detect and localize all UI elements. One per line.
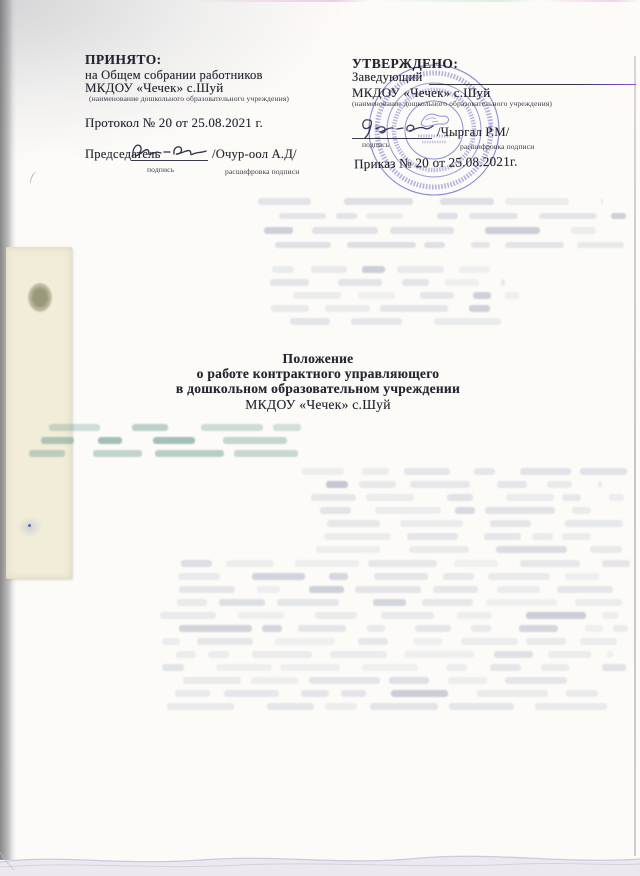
ghost-text-fragment bbox=[330, 651, 387, 658]
ghost-text-fragment bbox=[488, 573, 549, 580]
ghost-text-fragment bbox=[611, 213, 626, 220]
ghost-text-fragment bbox=[440, 198, 494, 205]
ghost-text-fragment bbox=[609, 494, 624, 501]
ghost-text-fragment bbox=[420, 292, 453, 299]
ghost-text-fragment bbox=[234, 450, 298, 457]
ghost-text-fragment bbox=[437, 213, 458, 220]
chairman-name: /Очур-оол А.Д/ bbox=[212, 147, 297, 162]
ghost-text-fragment bbox=[535, 703, 607, 710]
ghost-text-fragment bbox=[519, 625, 558, 632]
ghost-text-fragment bbox=[329, 573, 349, 580]
ghost-text-fragment bbox=[505, 292, 519, 299]
ghost-text-fragment bbox=[471, 242, 490, 249]
ghost-text-fragment bbox=[155, 450, 224, 457]
ghost-text-fragment bbox=[422, 599, 473, 606]
ghost-text-fragment bbox=[566, 690, 598, 697]
ghost-text-fragment bbox=[257, 586, 280, 593]
ghost-text-fragment bbox=[455, 507, 475, 514]
ghost-text-fragment bbox=[548, 651, 591, 658]
ghost-text-fragment bbox=[397, 266, 444, 273]
ghost-text-fragment bbox=[167, 703, 234, 710]
ghost-text-fragment bbox=[424, 242, 445, 249]
ghost-text-fragment bbox=[183, 677, 242, 684]
protocol-line: Протокол № 20 от 25.08.2021 г. bbox=[85, 115, 263, 131]
ghost-text-fragment bbox=[562, 494, 581, 501]
ghost-text-fragment bbox=[311, 494, 357, 501]
ghost-text-fragment bbox=[601, 198, 603, 205]
ghost-text-fragment bbox=[273, 424, 301, 431]
ghost-text-fragment bbox=[162, 638, 180, 645]
document-title: Положение о работе контрактного управляю… bbox=[0, 351, 636, 412]
ghost-text-fragment bbox=[373, 599, 405, 606]
ghost-text-fragment bbox=[275, 242, 331, 249]
ghost-text-fragment bbox=[280, 664, 340, 671]
ghost-text-fragment bbox=[316, 546, 379, 553]
ghost-text-fragment bbox=[413, 638, 443, 645]
ghost-text-fragment bbox=[562, 533, 591, 540]
ghost-text-fragment bbox=[338, 279, 382, 286]
stray-pen-mark bbox=[29, 171, 42, 186]
ghost-text-fragment bbox=[526, 612, 586, 619]
ghost-text-fragment bbox=[409, 546, 469, 553]
ghost-text-fragment bbox=[264, 227, 293, 234]
ghost-text-fragment bbox=[547, 481, 572, 488]
page-bottom-edge bbox=[0, 846, 640, 876]
ghost-text-fragment bbox=[238, 612, 284, 619]
ghost-text-fragment bbox=[565, 520, 623, 527]
ghost-text-fragment bbox=[251, 677, 298, 684]
ghost-text-fragment bbox=[271, 305, 310, 312]
title-line2: о работе контрактного управляющего bbox=[0, 366, 636, 381]
ghost-text-fragment bbox=[347, 242, 416, 249]
ghost-text-fragment bbox=[449, 703, 514, 710]
ghost-text-fragment bbox=[325, 305, 370, 312]
round-seal-stamp bbox=[366, 62, 502, 198]
ghost-text-fragment bbox=[459, 266, 490, 273]
ghost-text-fragment bbox=[223, 437, 287, 444]
ghost-text-fragment bbox=[93, 450, 142, 457]
ink-dot bbox=[28, 524, 31, 527]
ghost-text-fragment bbox=[434, 318, 501, 325]
ghost-text-fragment bbox=[327, 520, 380, 527]
ghost-text-fragment bbox=[153, 437, 195, 444]
name-caption: расшифровка подписи bbox=[225, 167, 299, 176]
ghost-text-fragment bbox=[410, 481, 470, 488]
ghost-text-fragment bbox=[252, 651, 312, 658]
ghost-text-fragment bbox=[446, 664, 467, 671]
ghost-text-fragment bbox=[326, 481, 349, 488]
ghost-text-fragment bbox=[400, 520, 463, 527]
ghost-text-fragment bbox=[176, 651, 196, 658]
ghost-text-fragment bbox=[520, 468, 571, 475]
ghost-text-fragment bbox=[358, 292, 395, 299]
hole-punch-mark bbox=[28, 283, 52, 312]
ghost-text-fragment bbox=[469, 305, 490, 312]
ghost-text-fragment bbox=[175, 690, 210, 697]
ghost-text-fragment bbox=[98, 437, 122, 444]
ghost-text-fragment bbox=[132, 424, 168, 431]
ghost-text-fragment bbox=[471, 625, 491, 632]
ghost-text-fragment bbox=[311, 266, 347, 273]
ghost-text-fragment bbox=[358, 638, 388, 645]
ghost-text-fragment bbox=[272, 266, 295, 273]
ghost-text-fragment bbox=[607, 651, 613, 658]
ghost-text-fragment bbox=[433, 586, 477, 593]
ghost-text-fragment bbox=[374, 573, 428, 580]
ghost-text-fragment bbox=[590, 546, 622, 553]
ghost-text-fragment bbox=[598, 481, 601, 488]
ghost-text-fragment bbox=[389, 677, 429, 684]
ghost-text-fragment bbox=[485, 227, 539, 234]
ink-smudge bbox=[18, 517, 42, 537]
ghost-text-fragment bbox=[501, 279, 505, 286]
ghost-text-fragment bbox=[362, 266, 385, 273]
ghost-text-fragment bbox=[613, 625, 628, 632]
ghost-text-fragment bbox=[572, 507, 590, 514]
ghost-text-fragment bbox=[252, 573, 304, 580]
ghost-text-fragment bbox=[496, 546, 567, 553]
ghost-text-fragment bbox=[477, 690, 547, 697]
ghost-text-fragment bbox=[309, 677, 379, 684]
ghost-text-fragment bbox=[351, 318, 402, 325]
ghost-text-fragment bbox=[585, 625, 603, 632]
ghost-text-fragment bbox=[270, 279, 309, 286]
ghost-text-fragment bbox=[355, 586, 421, 593]
ghost-text-fragment bbox=[359, 481, 396, 488]
ghost-text-fragment bbox=[557, 586, 613, 593]
ghost-text-fragment bbox=[565, 573, 600, 580]
ghost-text-fragment bbox=[197, 638, 252, 645]
ghost-text-fragment bbox=[571, 227, 597, 234]
ghost-text-fragment bbox=[301, 690, 329, 697]
ghost-text-fragment bbox=[178, 573, 220, 580]
ghost-text-fragment bbox=[469, 213, 518, 220]
ghost-text-fragment bbox=[461, 638, 518, 645]
ghost-text-fragment bbox=[277, 599, 339, 606]
ghost-text-fragment bbox=[520, 560, 579, 567]
accepted-heading: ПРИНЯТО: bbox=[85, 52, 162, 68]
ghost-text-fragment bbox=[262, 625, 282, 632]
ghost-text-fragment bbox=[494, 651, 533, 658]
ghost-text-fragment bbox=[341, 690, 366, 697]
ghost-text-fragment bbox=[575, 599, 623, 606]
ghost-text-fragment bbox=[505, 677, 567, 684]
ghost-text-fragment bbox=[375, 507, 441, 514]
ghost-text-fragment bbox=[258, 198, 311, 205]
ghost-text-fragment bbox=[474, 468, 495, 475]
ghost-text-fragment bbox=[391, 690, 448, 697]
ghost-text-fragment bbox=[49, 424, 100, 431]
ghost-text-fragment bbox=[457, 612, 492, 619]
ghost-text-fragment bbox=[541, 664, 570, 671]
ghost-text-fragment bbox=[312, 227, 378, 234]
page-edge-line bbox=[634, 56, 636, 856]
ghost-text-fragment bbox=[447, 494, 473, 501]
ghost-text-fragment bbox=[404, 651, 474, 658]
ghost-text-fragment bbox=[580, 638, 617, 645]
ghost-text-fragment bbox=[506, 494, 554, 501]
scan-artifact-top-edge bbox=[0, 0, 640, 2]
ghost-text-fragment bbox=[160, 612, 216, 619]
ghost-text-fragment bbox=[404, 468, 450, 475]
ghost-text-fragment bbox=[320, 507, 351, 514]
ghost-text-fragment bbox=[290, 318, 330, 325]
ghost-text-fragment bbox=[602, 612, 618, 619]
ghost-text-fragment bbox=[532, 533, 553, 540]
ghost-text-fragment bbox=[201, 424, 263, 431]
ghost-text-fragment bbox=[224, 690, 279, 697]
ghost-text-fragment bbox=[490, 664, 521, 671]
ghost-text-fragment bbox=[402, 279, 429, 286]
title-line3: в дошкольном образовательном учреждении bbox=[0, 381, 636, 396]
ghost-text-fragment bbox=[505, 198, 569, 205]
ghost-text-fragment bbox=[577, 242, 624, 249]
ghost-text-fragment bbox=[443, 573, 474, 580]
ghost-text-fragment bbox=[473, 292, 492, 299]
ghost-text-fragment bbox=[497, 481, 527, 488]
ghost-text-fragment bbox=[368, 560, 438, 567]
ghost-text-fragment bbox=[315, 612, 357, 619]
ghost-text-fragment bbox=[219, 599, 265, 606]
ghost-text-fragment bbox=[226, 560, 274, 567]
chairman-signature-row: Председатель /Очур-оол А.Д/ bbox=[85, 146, 370, 166]
ghost-text-fragment bbox=[177, 599, 208, 606]
title-line1: Положение bbox=[0, 351, 636, 366]
ghost-text-fragment bbox=[580, 468, 627, 475]
ghost-text-fragment bbox=[380, 305, 448, 312]
ghost-text-fragment bbox=[445, 279, 478, 286]
ghost-text-fragment bbox=[298, 625, 346, 632]
ghost-text-fragment bbox=[448, 677, 487, 684]
ghost-text-fragment bbox=[602, 560, 630, 567]
ghost-text-fragment bbox=[216, 664, 272, 671]
ghost-text-fragment bbox=[309, 586, 344, 593]
title-line4: МКДОУ «Чечек» с.Шуй bbox=[0, 397, 636, 412]
ghost-text-fragment bbox=[302, 468, 344, 475]
ghost-text-fragment bbox=[497, 586, 540, 593]
ghost-text-fragment bbox=[325, 703, 357, 710]
ghost-text-fragment bbox=[370, 703, 438, 710]
ghost-text-fragment bbox=[324, 533, 391, 540]
ghost-text-fragment bbox=[486, 599, 558, 606]
ghost-text-fragment bbox=[526, 638, 566, 645]
ghost-text-fragment bbox=[505, 242, 564, 249]
ghost-text-fragment bbox=[181, 560, 213, 567]
ghost-text-fragment bbox=[162, 664, 184, 671]
scanned-document-page: ПРИНЯТО: на Общем собрании работников МК… bbox=[0, 0, 640, 876]
ghost-text-fragment bbox=[29, 450, 65, 457]
ghost-text-fragment bbox=[367, 625, 386, 632]
ghost-text-fragment bbox=[415, 625, 451, 632]
ghost-text-fragment bbox=[279, 213, 326, 220]
ghost-text-fragment bbox=[362, 468, 388, 475]
ghost-text-fragment bbox=[407, 533, 458, 540]
accepted-smallprint: (наименование дошкольного образовательно… bbox=[89, 94, 289, 103]
ghost-text-fragment bbox=[344, 198, 412, 205]
ghost-text-fragment bbox=[602, 664, 627, 671]
ghost-text-fragment bbox=[179, 625, 252, 632]
ghost-text-fragment bbox=[485, 507, 555, 514]
ghost-text-fragment bbox=[490, 520, 532, 527]
chairman-handwritten-signature bbox=[127, 138, 213, 164]
ghost-text-fragment bbox=[293, 292, 341, 299]
ghost-text-fragment bbox=[362, 664, 418, 671]
ghost-text-fragment bbox=[275, 638, 335, 645]
ghost-text-fragment bbox=[295, 560, 359, 567]
ghost-text-fragment bbox=[366, 494, 414, 501]
ghost-text-fragment bbox=[267, 703, 314, 710]
ghost-text-fragment bbox=[41, 437, 73, 444]
ghost-text-fragment bbox=[208, 651, 229, 658]
ghost-text-fragment bbox=[179, 586, 235, 593]
ghost-text-fragment bbox=[381, 612, 435, 619]
ghost-text-fragment bbox=[390, 227, 453, 234]
signature-caption: подпись bbox=[147, 165, 174, 174]
ghost-text-fragment bbox=[484, 533, 521, 540]
ghost-text-fragment bbox=[454, 560, 498, 567]
attached-note-strip bbox=[6, 247, 72, 579]
ghost-text-fragment bbox=[366, 213, 404, 220]
ghost-text-fragment bbox=[539, 213, 597, 220]
ghost-text-fragment bbox=[336, 213, 357, 220]
